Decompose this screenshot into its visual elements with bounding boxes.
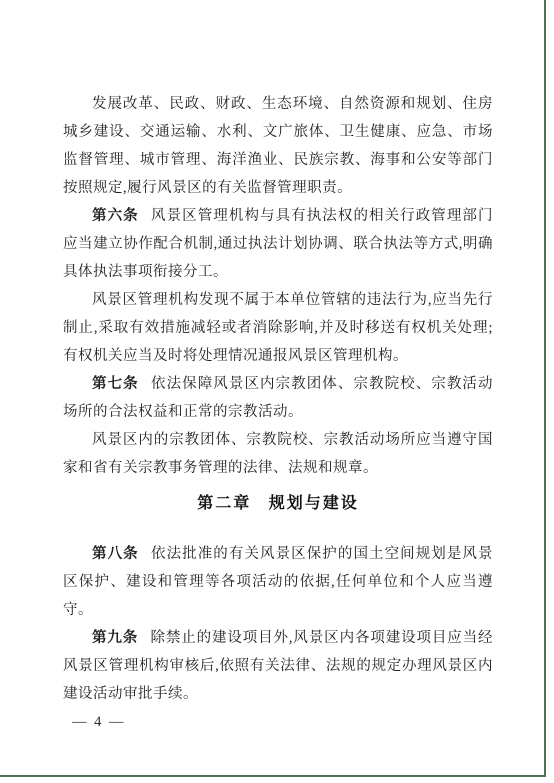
article-number: 第八条 (92, 546, 139, 562)
scan-edge-vertical-line (544, 0, 546, 777)
article-number: 第六条 (92, 208, 139, 224)
chapter-heading: 第二章规划与建设 (63, 490, 493, 518)
article-number: 第九条 (92, 630, 138, 646)
document-body: 发展改革、民政、财政、生态环境、自然资源和规划、住房城乡建设、交通运输、水利、文… (63, 90, 493, 734)
article-number: 第七条 (92, 376, 139, 392)
paragraph: 第七条依法保障风景区内宗教团体、宗教院校、宗教活动场所的合法权益和正常的宗教活动… (63, 370, 493, 426)
paragraph: 发展改革、民政、财政、生态环境、自然资源和规划、住房城乡建设、交通运输、水利、文… (63, 90, 493, 202)
paragraph-text: 风景区内的宗教团体、宗教院校、宗教活动场所应当遵守国家和省有关宗教事务管理的法律… (63, 432, 493, 476)
document-page: 发展改革、民政、财政、生态环境、自然资源和规划、住房城乡建设、交通运输、水利、文… (0, 0, 554, 783)
paragraph: 第六条风景区管理机构与具有执法权的相关行政管理部门应当建立协作配合机制,通过执法… (63, 202, 493, 286)
chapter-number: 第二章 (197, 495, 251, 512)
scan-edge-horizontal-line (0, 775, 546, 777)
paragraph-text: 风景区管理机构发现不属于本单位管辖的违法行为,应当先行制止,采取有效措施减轻或者… (63, 292, 493, 364)
chapter-title: 规划与建设 (269, 495, 359, 512)
paragraph: 风景区管理机构发现不属于本单位管辖的违法行为,应当先行制止,采取有效措施减轻或者… (63, 286, 493, 370)
paragraph-text: 发展改革、民政、财政、生态环境、自然资源和规划、住房城乡建设、交通运输、水利、文… (63, 96, 493, 196)
paragraphs-section-2: 第八条依法批准的有关风景区保护的国土空间规划是风景区保护、建设和管理等各项活动的… (63, 540, 493, 708)
page-number: — 4 — (63, 710, 493, 734)
paragraph: 风景区内的宗教团体、宗教院校、宗教活动场所应当遵守国家和省有关宗教事务管理的法律… (63, 426, 493, 482)
paragraph: 第九条除禁止的建设项目外,风景区内各项建设项目应当经风景区管理机构审核后,依照有… (63, 624, 493, 708)
paragraph: 第八条依法批准的有关风景区保护的国土空间规划是风景区保护、建设和管理等各项活动的… (63, 540, 493, 624)
paragraphs-section-1: 发展改革、民政、财政、生态环境、自然资源和规划、住房城乡建设、交通运输、水利、文… (63, 90, 493, 482)
